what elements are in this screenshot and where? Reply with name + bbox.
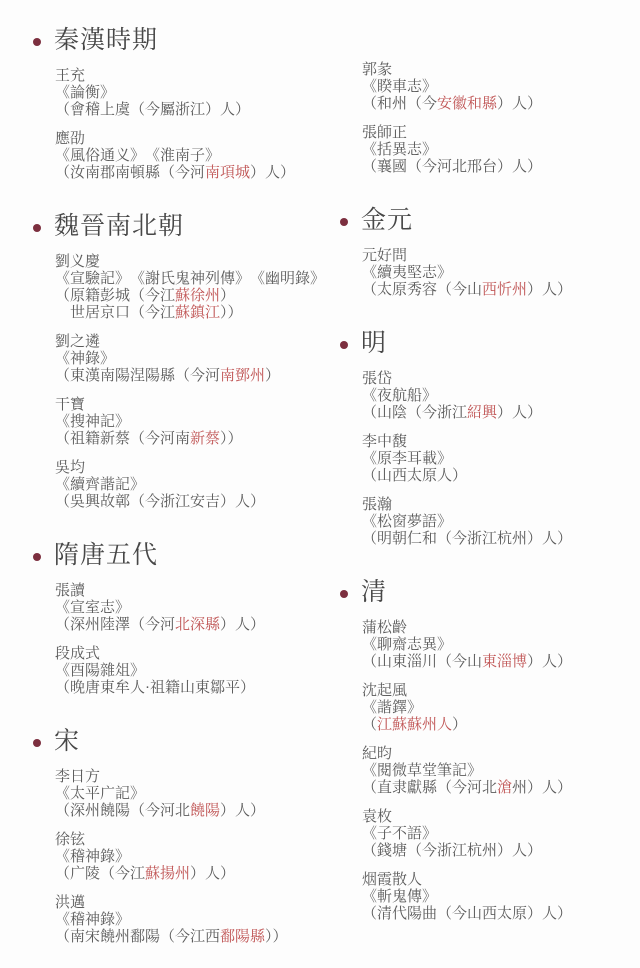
text-segment: ）人） bbox=[527, 282, 572, 298]
entry-line: 《宣室志》 bbox=[55, 600, 335, 617]
entry-line: 《搜神記》 bbox=[55, 414, 335, 431]
dynasty-group: 明張岱《夜航船》（山陰（今浙江紹興）人）李中馥《原李耳載》（山西太原人）張瀚《松… bbox=[340, 329, 638, 548]
author-entry: 應劭《風俗通义》 《淮南子》（汝南郡南頓縣（今河南項城）人） bbox=[55, 131, 335, 182]
author-entry: 吳均《續齊諧記》（吳興故鄣（今浙江安吉）人） bbox=[55, 460, 335, 511]
text-segment: 《原李耳載》 bbox=[362, 451, 452, 467]
text-segment: ）人） bbox=[190, 866, 235, 882]
text-segment: （汝南郡南頓縣（今河 bbox=[55, 165, 205, 181]
entry-line: 《子不語》 bbox=[362, 826, 638, 843]
modern-place-highlight: 蘇鎮江 bbox=[175, 305, 220, 321]
text-segment: 《稽神錄》 bbox=[55, 912, 130, 928]
author-entry: 段成式《酉陽雜俎》（晚唐東牟人·祖籍山東鄒平） bbox=[55, 646, 335, 697]
entry-line: 《斬鬼傳》 bbox=[362, 889, 638, 906]
text-segment: 《神錄》 bbox=[55, 351, 115, 367]
bullet-icon bbox=[33, 739, 41, 747]
author-entry: 徐铉《稽神錄》（广陵（今江蘇揚州）人） bbox=[55, 832, 335, 883]
entry-line: （祖籍新蔡（今河南新蔡）） bbox=[55, 431, 335, 448]
entry-line: （山西太原人） bbox=[362, 468, 638, 485]
dynasty-group: 魏晉南北朝劉义慶《宣驗記》 《謝氏鬼神列傳》 《幽明錄》（原籍彭城（今江蘇徐州）… bbox=[33, 212, 335, 511]
entry-line: 《睽車志》 bbox=[362, 79, 638, 96]
text-segment: ） bbox=[220, 288, 235, 304]
bullet-icon bbox=[340, 341, 348, 349]
text-segment: ）人） bbox=[497, 405, 542, 421]
entry-line: 《續夷堅志》 bbox=[362, 265, 638, 282]
entry-line: （深州陸澤（今河北深縣）人） bbox=[55, 617, 335, 634]
entry-line: （明朝仁和（今浙江杭州）人） bbox=[362, 531, 638, 548]
modern-place-highlight: 滄 bbox=[497, 780, 512, 796]
entry-line: 《括異志》 bbox=[362, 142, 638, 159]
text-segment: 《酉陽雜俎》 bbox=[55, 663, 145, 679]
entry-line: （直隶獻縣（今河北滄州）人） bbox=[362, 780, 638, 797]
entry-line: （清代陽曲（今山西太原）人） bbox=[362, 906, 638, 923]
text-segment: ）） bbox=[220, 431, 243, 447]
author-entry: 干寶《搜神記》（祖籍新蔡（今河南新蔡）） bbox=[55, 397, 335, 448]
text-segment: ）） bbox=[265, 929, 288, 945]
entry-line: 《松窗夢語》 bbox=[362, 514, 638, 531]
author-name: 紀昀 bbox=[362, 746, 638, 763]
text-segment: 《風俗通义》 《淮南子》 bbox=[55, 148, 220, 164]
entry-line: 《稽神錄》 bbox=[55, 849, 335, 866]
section-title: 魏晉南北朝 bbox=[54, 212, 184, 242]
author-name: 蒲松齡 bbox=[362, 620, 638, 637]
text-segment: ） bbox=[452, 717, 467, 733]
left-column: 秦漢時期王充《論衡》（會稽上虞（今屬浙江）人）應劭《風俗通义》 《淮南子》（汝南… bbox=[33, 26, 335, 958]
author-entry: 袁枚《子不語》（錢塘（今浙江杭州）人） bbox=[362, 809, 638, 860]
author-entry: 王充《論衡》（會稽上虞（今屬浙江）人） bbox=[55, 68, 335, 119]
modern-place-highlight: 北深縣 bbox=[175, 617, 220, 633]
dynasty-group: 秦漢時期王充《論衡》（會稽上虞（今屬浙江）人）應劭《風俗通义》 《淮南子》（汝南… bbox=[33, 26, 335, 182]
section-title: 金元 bbox=[361, 206, 413, 236]
entry-line: 《風俗通义》 《淮南子》 bbox=[55, 148, 335, 165]
text-segment: （明朝仁和（今浙江杭州）人） bbox=[362, 531, 572, 547]
modern-place-highlight: 江蘇蘇州人 bbox=[377, 717, 452, 733]
author-name: 張師正 bbox=[362, 125, 638, 142]
text-segment: （和州（今 bbox=[362, 96, 437, 112]
section-header: 隋唐五代 bbox=[33, 541, 335, 571]
text-segment: ）人） bbox=[527, 654, 572, 670]
section-title: 清 bbox=[361, 578, 387, 608]
entry-line: 《原李耳載》 bbox=[362, 451, 638, 468]
dynasty-group: 金元元好問《續夷堅志》（太原秀容（今山西忻州）人） bbox=[340, 206, 638, 299]
entry-line: （和州（今安徽和縣）人） bbox=[362, 96, 638, 113]
entry-line: 《夜航船》 bbox=[362, 388, 638, 405]
text-segment: 《括異志》 bbox=[362, 142, 437, 158]
author-name: 李日方 bbox=[55, 769, 335, 786]
text-segment: （深州饒陽（今河北 bbox=[55, 803, 190, 819]
author-name: 郭彖 bbox=[362, 62, 638, 79]
author-entry: 劉之遴《神錄》（東漢南陽涅陽縣（今河南鄧州） bbox=[55, 334, 335, 385]
author-name: 李中馥 bbox=[362, 434, 638, 451]
section-header: 明 bbox=[340, 329, 638, 359]
dynasty-group: 郭彖《睽車志》（和州（今安徽和縣）人）張師正《括異志》（襄國（今河北邢台）人） bbox=[340, 62, 638, 176]
entry-line: （錢塘（今浙江杭州）人） bbox=[362, 843, 638, 860]
entry-line: （吳興故鄣（今浙江安吉）人） bbox=[55, 494, 335, 511]
text-segment: （錢塘（今浙江杭州）人） bbox=[362, 843, 542, 859]
text-segment: （東漢南陽涅陽縣（今河 bbox=[55, 368, 220, 384]
text-segment: 世居京口（今江 bbox=[55, 305, 175, 321]
author-name: 徐铉 bbox=[55, 832, 335, 849]
text-segment: （广陵（今江 bbox=[55, 866, 145, 882]
modern-place-highlight: 饒陽 bbox=[190, 803, 220, 819]
text-segment: 《論衡》 bbox=[55, 85, 115, 101]
bullet-icon bbox=[33, 553, 41, 561]
modern-place-highlight: 南鄧州 bbox=[220, 368, 265, 384]
entry-line: 《論衡》 bbox=[55, 85, 335, 102]
section-title: 宋 bbox=[54, 727, 80, 757]
text-segment: ）） bbox=[220, 305, 243, 321]
author-name: 張岱 bbox=[362, 371, 638, 388]
text-segment: ）人） bbox=[220, 803, 265, 819]
text-segment: 《太平广記》 bbox=[55, 786, 145, 802]
text-segment: ） bbox=[265, 368, 280, 384]
bullet-icon bbox=[33, 38, 41, 46]
text-segment: 《夜航船》 bbox=[362, 388, 437, 404]
text-segment: 《聊齋志異》 bbox=[362, 637, 452, 653]
modern-place-highlight: 蘇揚州 bbox=[145, 866, 190, 882]
entry-line: 《閱微草堂筆記》 bbox=[362, 763, 638, 780]
text-segment: 《宣驗記》 《謝氏鬼神列傳》 《幽明錄》 bbox=[55, 271, 325, 287]
section-title: 隋唐五代 bbox=[54, 541, 158, 571]
text-segment: （會稽上虞（今屬浙江）人） bbox=[55, 102, 250, 118]
author-entry: 張瀚《松窗夢語》（明朝仁和（今浙江杭州）人） bbox=[362, 497, 638, 548]
text-segment: （原籍彭城（今江 bbox=[55, 288, 175, 304]
entry-line: （會稽上虞（今屬浙江）人） bbox=[55, 102, 335, 119]
text-segment: 《松窗夢語》 bbox=[362, 514, 452, 530]
text-segment: 州）人） bbox=[512, 780, 572, 796]
author-entry: 沈起風《諧鐸》（江蘇蘇州人） bbox=[362, 683, 638, 734]
author-entry: 張讀《宣室志》（深州陸澤（今河北深縣）人） bbox=[55, 583, 335, 634]
entry-line: 世居京口（今江蘇鎮江）） bbox=[55, 305, 335, 322]
text-segment: 《續齊諧記》 bbox=[55, 477, 145, 493]
text-segment: （祖籍新蔡（今河南 bbox=[55, 431, 190, 447]
author-entry: 紀昀《閱微草堂筆記》（直隶獻縣（今河北滄州）人） bbox=[362, 746, 638, 797]
author-entry: 元好問《續夷堅志》（太原秀容（今山西忻州）人） bbox=[362, 248, 638, 299]
dynasty-group: 宋李日方《太平广記》（深州饒陽（今河北饒陽）人）徐铉《稽神錄》（广陵（今江蘇揚州… bbox=[33, 727, 335, 946]
bullet-icon bbox=[340, 590, 348, 598]
entry-line: （晚唐東牟人·祖籍山東鄒平） bbox=[55, 680, 335, 697]
entry-line: 《聊齋志異》 bbox=[362, 637, 638, 654]
entry-line: （南宋饒州鄱陽（今江西鄱陽縣）） bbox=[55, 929, 335, 946]
text-segment: （深州陸澤（今河 bbox=[55, 617, 175, 633]
text-segment: ）人） bbox=[250, 165, 295, 181]
author-entry: 蒲松齡《聊齋志異》（山東淄川（今山東淄博）人） bbox=[362, 620, 638, 671]
entry-line: （广陵（今江蘇揚州）人） bbox=[55, 866, 335, 883]
text-segment: （南宋饒州鄱陽（今江西 bbox=[55, 929, 220, 945]
text-segment: （襄國（今河北邢台）人） bbox=[362, 159, 542, 175]
text-segment: （清代陽曲（今山西太原）人） bbox=[362, 906, 572, 922]
author-entry: 張師正《括異志》（襄國（今河北邢台）人） bbox=[362, 125, 638, 176]
author-name: 洪邁 bbox=[55, 895, 335, 912]
author-name: 沈起風 bbox=[362, 683, 638, 700]
author-entry: 李中馥《原李耳載》（山西太原人） bbox=[362, 434, 638, 485]
text-segment: 《搜神記》 bbox=[55, 414, 130, 430]
text-segment: 《諧鐸》 bbox=[362, 700, 422, 716]
author-name: 劉之遴 bbox=[55, 334, 335, 351]
entry-line: （山陰（今浙江紹興）人） bbox=[362, 405, 638, 422]
section-header: 秦漢時期 bbox=[33, 26, 335, 56]
author-entry: 郭彖《睽車志》（和州（今安徽和縣）人） bbox=[362, 62, 638, 113]
modern-place-highlight: 紹興 bbox=[467, 405, 497, 421]
text-segment: 《睽車志》 bbox=[362, 79, 437, 95]
text-segment: （太原秀容（今山 bbox=[362, 282, 482, 298]
section-title: 明 bbox=[361, 329, 387, 359]
section-header: 金元 bbox=[340, 206, 638, 236]
author-name: 張讀 bbox=[55, 583, 335, 600]
modern-place-highlight: 東淄博 bbox=[482, 654, 527, 670]
modern-place-highlight: 蘇徐州 bbox=[175, 288, 220, 304]
author-name: 烟霞散人 bbox=[362, 872, 638, 889]
entry-line: 《酉陽雜俎》 bbox=[55, 663, 335, 680]
entry-line: 《諧鐸》 bbox=[362, 700, 638, 717]
entry-line: （太原秀容（今山西忻州）人） bbox=[362, 282, 638, 299]
section-title: 秦漢時期 bbox=[54, 26, 158, 56]
text-segment: ）人） bbox=[220, 617, 265, 633]
entry-line: 《宣驗記》 《謝氏鬼神列傳》 《幽明錄》 bbox=[55, 271, 335, 288]
text-segment: （山陰（今浙江 bbox=[362, 405, 467, 421]
author-name: 王充 bbox=[55, 68, 335, 85]
author-name: 袁枚 bbox=[362, 809, 638, 826]
text-segment: 《閱微草堂筆記》 bbox=[362, 763, 482, 779]
author-name: 段成式 bbox=[55, 646, 335, 663]
entry-line: （襄國（今河北邢台）人） bbox=[362, 159, 638, 176]
entry-line: （深州饒陽（今河北饒陽）人） bbox=[55, 803, 335, 820]
section-header: 宋 bbox=[33, 727, 335, 757]
text-segment: 《續夷堅志》 bbox=[362, 265, 452, 281]
text-segment: （山西太原人） bbox=[362, 468, 467, 484]
dynasty-group: 隋唐五代張讀《宣室志》（深州陸澤（今河北深縣）人）段成式《酉陽雜俎》（晚唐東牟人… bbox=[33, 541, 335, 697]
author-name: 干寶 bbox=[55, 397, 335, 414]
author-entry: 李日方《太平广記》（深州饒陽（今河北饒陽）人） bbox=[55, 769, 335, 820]
entry-line: （原籍彭城（今江蘇徐州） bbox=[55, 288, 335, 305]
text-segment: 《斬鬼傳》 bbox=[362, 889, 437, 905]
entry-line: （山東淄川（今山東淄博）人） bbox=[362, 654, 638, 671]
section-header: 清 bbox=[340, 578, 638, 608]
bullet-icon bbox=[33, 224, 41, 232]
author-name: 劉义慶 bbox=[55, 254, 335, 271]
entry-line: （汝南郡南頓縣（今河南項城）人） bbox=[55, 165, 335, 182]
author-name: 元好問 bbox=[362, 248, 638, 265]
entry-line: 《稽神錄》 bbox=[55, 912, 335, 929]
author-name: 吳均 bbox=[55, 460, 335, 477]
modern-place-highlight: 新蔡 bbox=[190, 431, 220, 447]
text-segment: （直隶獻縣（今河北 bbox=[362, 780, 497, 796]
modern-place-highlight: 西忻州 bbox=[482, 282, 527, 298]
bullet-icon bbox=[340, 218, 348, 226]
author-name: 張瀚 bbox=[362, 497, 638, 514]
author-entry: 洪邁《稽神錄》（南宋饒州鄱陽（今江西鄱陽縣）） bbox=[55, 895, 335, 946]
modern-place-highlight: 南項城 bbox=[205, 165, 250, 181]
modern-place-highlight: 安徽和縣 bbox=[437, 96, 497, 112]
entry-line: （東漢南陽涅陽縣（今河南鄧州） bbox=[55, 368, 335, 385]
entry-line: 《神錄》 bbox=[55, 351, 335, 368]
text-segment: ）人） bbox=[497, 96, 542, 112]
section-header: 魏晉南北朝 bbox=[33, 212, 335, 242]
author-entry: 張岱《夜航船》（山陰（今浙江紹興）人） bbox=[362, 371, 638, 422]
text-segment: （晚唐東牟人·祖籍山東鄒平） bbox=[55, 680, 255, 696]
entry-line: （江蘇蘇州人） bbox=[362, 717, 638, 734]
author-entry: 劉义慶《宣驗記》 《謝氏鬼神列傳》 《幽明錄》（原籍彭城（今江蘇徐州） 世居京口… bbox=[55, 254, 335, 322]
text-segment: 《宣室志》 bbox=[55, 600, 130, 616]
modern-place-highlight: 鄱陽縣 bbox=[220, 929, 265, 945]
text-segment: 《稽神錄》 bbox=[55, 849, 130, 865]
entry-line: 《太平广記》 bbox=[55, 786, 335, 803]
text-segment: 《子不語》 bbox=[362, 826, 437, 842]
text-segment: （ bbox=[362, 717, 377, 733]
right-column: 郭彖《睽車志》（和州（今安徽和縣）人）張師正《括異志》（襄國（今河北邢台）人）金… bbox=[340, 62, 638, 935]
dynasty-group: 清蒲松齡《聊齋志異》（山東淄川（今山東淄博）人）沈起風《諧鐸》（江蘇蘇州人）紀昀… bbox=[340, 578, 638, 923]
text-segment: （吳興故鄣（今浙江安吉）人） bbox=[55, 494, 265, 510]
text-segment: （山東淄川（今山 bbox=[362, 654, 482, 670]
author-entry: 烟霞散人《斬鬼傳》（清代陽曲（今山西太原）人） bbox=[362, 872, 638, 923]
author-name: 應劭 bbox=[55, 131, 335, 148]
entry-line: 《續齊諧記》 bbox=[55, 477, 335, 494]
